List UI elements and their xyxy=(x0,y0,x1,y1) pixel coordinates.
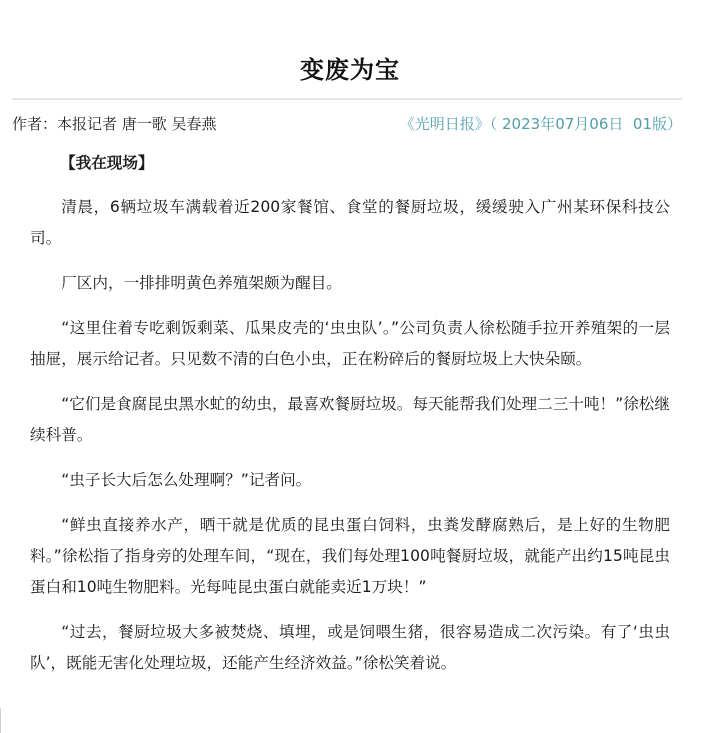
publish-date: 2023年07月06日 xyxy=(502,115,623,133)
paragraph: 清晨，6辆垃圾车满载着近200家餐馆、食堂的餐厨垃圾，缓缓驶入广州某环保科技公司… xyxy=(30,192,670,254)
publication-link[interactable]: 《光明日报》 xyxy=(400,115,490,133)
author-byline: 作者：本报记者 唐一歌 吴春燕 xyxy=(12,112,217,136)
edition-number: 01版） xyxy=(623,115,682,133)
paragraph: “虫子长大后怎么处理啊？”记者问。 xyxy=(30,465,670,496)
paragraph: 厂区内，一排排明黄色养殖架颇为醒目。 xyxy=(30,268,670,299)
title-divider xyxy=(12,98,682,100)
source-open-paren: （ xyxy=(490,115,502,133)
paragraph: “它们是食腐昆虫黑水虻的幼虫，最喜欢餐厨垃圾。每天能帮我们处理二三十吨！”徐松继… xyxy=(30,389,670,451)
article-body: 【我在现场】 清晨，6辆垃圾车满载着近200家餐馆、食堂的餐厨垃圾，缓缓驶入广州… xyxy=(30,148,670,693)
paragraph: “过去，餐厨垃圾大多被焚烧、填埋，或是饲喂生猪，很容易造成二次污染。有了‘虫虫队… xyxy=(30,617,670,679)
left-edge-border xyxy=(0,708,1,733)
byline-row: 作者：本报记者 唐一歌 吴春燕 《光明日报》（ 2023年07月06日 01版） xyxy=(12,112,682,136)
paragraph: “这里住着专吃剩饭剩菜、瓜果皮壳的‘虫虫队’。”公司负责人徐松随手拉开养殖架的一… xyxy=(30,313,670,375)
section-tag: 【我在现场】 xyxy=(30,148,670,179)
paragraph: “鲜虫直接养水产，晒干就是优质的昆虫蛋白饲料，虫粪发酵腐熟后，是上好的生物肥料。… xyxy=(30,510,670,603)
source-info: 《光明日报》（ 2023年07月06日 01版） xyxy=(400,112,682,136)
article-title: 变废为宝 xyxy=(0,50,700,85)
